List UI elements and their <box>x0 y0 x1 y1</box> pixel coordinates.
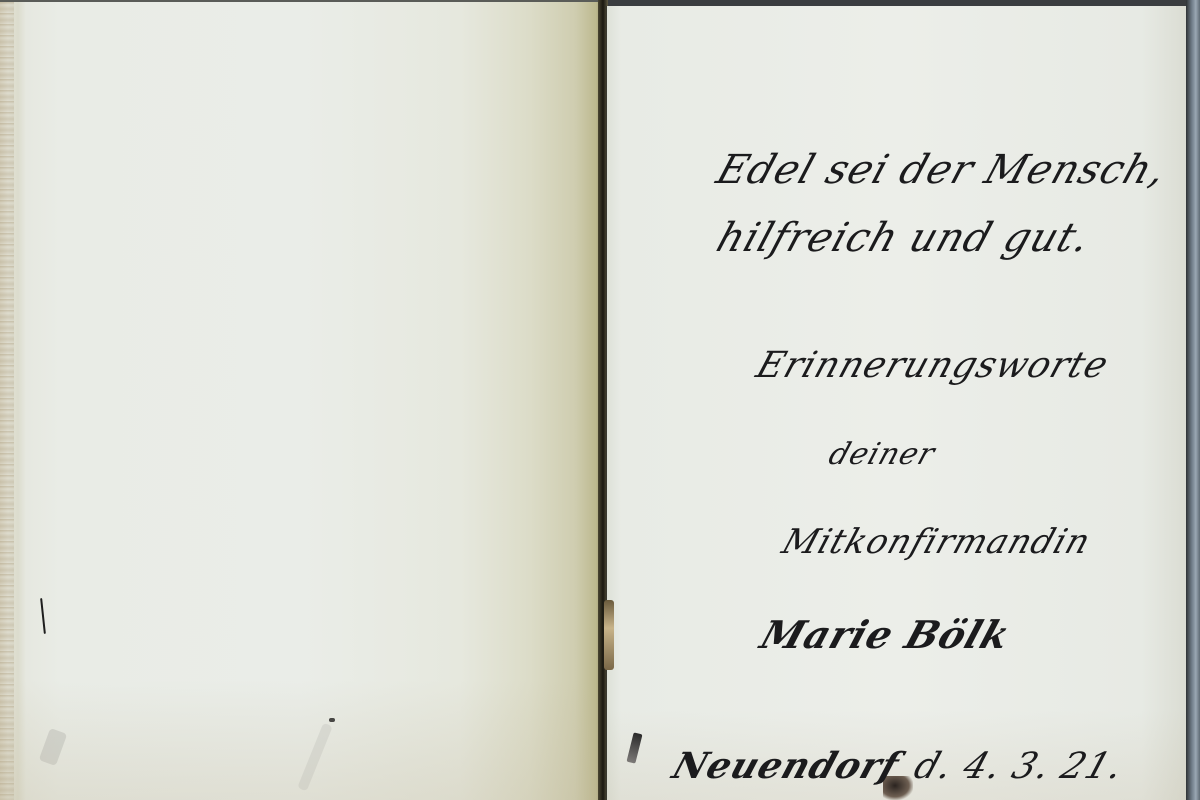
ink-dot-mark <box>329 718 335 722</box>
verse-line-1: Edel sei der Mensch, <box>712 150 1172 190</box>
date: d. 4. 3. 21. <box>909 746 1129 787</box>
right-page-dedication <box>606 6 1188 800</box>
dedication-heading: Erinnerungsworte <box>752 348 1113 384</box>
place-date-line: Neuendorfd. 4. 3. 21. <box>668 748 1128 785</box>
place-name: Neuendorf <box>667 745 904 787</box>
photo-scene: Edel sei der Mensch, hilfreich und gut. … <box>0 0 1200 800</box>
dedication-pronoun: deiner <box>825 440 939 470</box>
book-cover-edge <box>1186 0 1200 800</box>
dedication-relation: Mitkonfirmandin <box>778 525 1095 559</box>
left-page-blank <box>0 0 604 800</box>
smudge-mark <box>297 723 332 792</box>
smudge-mark <box>39 728 68 766</box>
ink-stroke-mark <box>40 598 46 634</box>
verse-line-2: hilfreich und gut. <box>712 218 1096 258</box>
torn-paper-edge <box>604 600 614 670</box>
signature: Marie Bölk <box>756 616 1015 654</box>
